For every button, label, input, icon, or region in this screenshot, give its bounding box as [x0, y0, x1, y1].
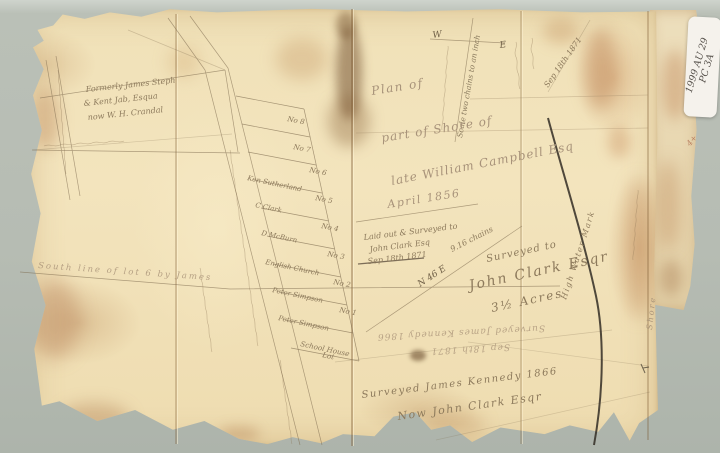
stain	[660, 260, 682, 296]
catalog-sticker: 1999 AU 29 PC 3A	[683, 16, 720, 118]
green-speck	[350, 437, 353, 440]
stain	[584, 28, 616, 110]
stain	[218, 426, 260, 442]
stain	[608, 126, 630, 158]
stain	[423, 413, 485, 435]
stain	[28, 278, 80, 360]
catalog-sticker-text: 1999 AU 29 PC 3A	[685, 37, 720, 98]
scanner-bed: Formerly James Steph & Kent Jab, Esqua n…	[0, 0, 720, 453]
stain	[336, 11, 356, 39]
stain	[543, 18, 579, 44]
stain	[58, 403, 130, 435]
stain	[32, 88, 60, 150]
stain	[328, 95, 370, 147]
stain	[626, 178, 652, 318]
stain	[276, 38, 328, 80]
paper-sheet	[28, 8, 658, 445]
stain	[168, 46, 200, 78]
stain	[656, 160, 680, 250]
stain	[410, 350, 426, 361]
